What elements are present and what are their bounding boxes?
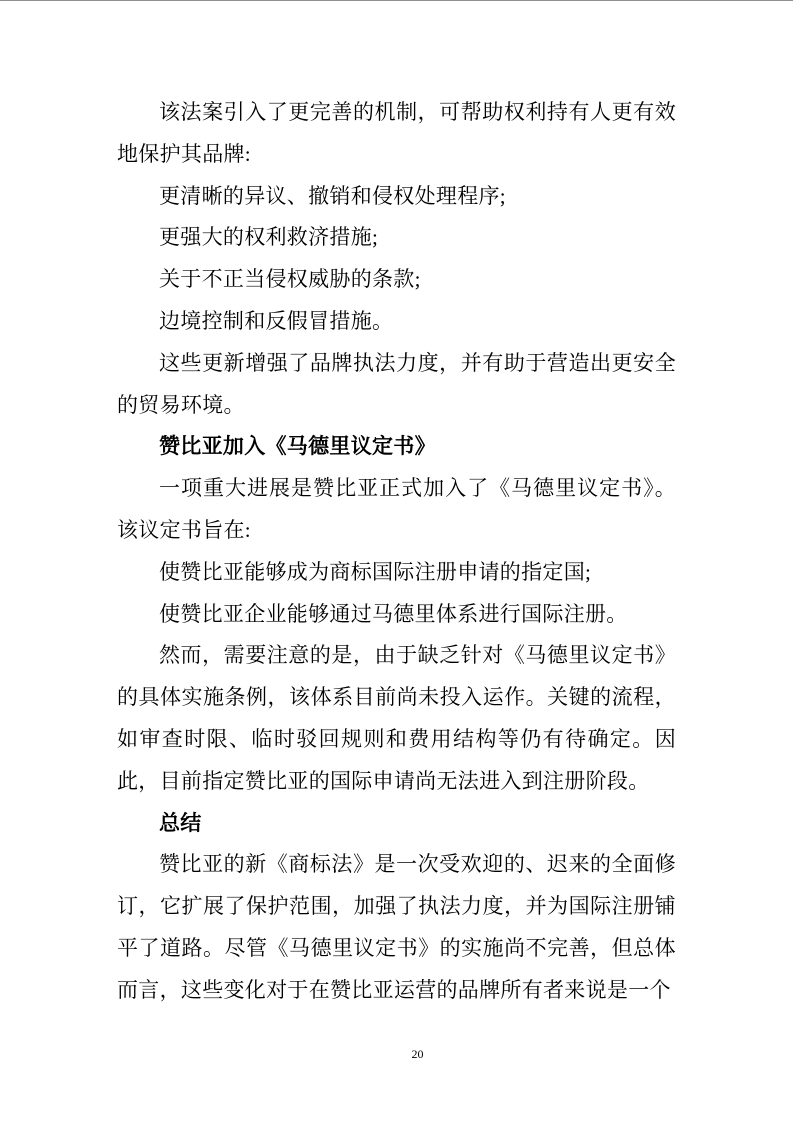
- body-paragraph: 使赞比亚企业能够通过马德里体系进行国际注册。: [117, 594, 676, 636]
- body-paragraph: 这些更新增强了品牌执法力度，并有助于营造出更安全的贸易环境。: [117, 343, 676, 427]
- body-paragraph: 一项重大进展是赞比亚正式加入了《马德里议定书》。该议定书旨在:: [117, 468, 676, 552]
- body-paragraph: 边境控制和反假冒措施。: [117, 301, 676, 343]
- page-number: 20: [412, 1045, 424, 1063]
- page-footer: 20: [0, 1045, 793, 1063]
- body-paragraph: 该法案引入了更完善的机制，可帮助权利持有人更有效地保护其品牌:: [117, 92, 676, 176]
- document-body: 该法案引入了更完善的机制，可帮助权利持有人更有效地保护其品牌:更清晰的异议、撤销…: [117, 92, 676, 1012]
- body-paragraph: 更清晰的异议、撤销和侵权处理程序;: [117, 176, 676, 218]
- section-heading: 总结: [117, 803, 676, 845]
- body-paragraph: 更强大的权利救济措施;: [117, 217, 676, 259]
- body-paragraph: 使赞比亚能够成为商标国际注册申请的指定国;: [117, 552, 676, 594]
- body-paragraph: 关于不正当侵权威胁的条款;: [117, 259, 676, 301]
- body-paragraph: 赞比亚的新《商标法》是一次受欢迎的、迟来的全面修订，它扩展了保护范围，加强了执法…: [117, 844, 676, 1011]
- document-page: 该法案引入了更完善的机制，可帮助权利持有人更有效地保护其品牌:更清晰的异议、撤销…: [0, 0, 793, 1122]
- section-heading: 赞比亚加入《马德里议定书》: [117, 426, 676, 468]
- body-paragraph: 然而，需要注意的是，由于缺乏针对《马德里议定书》的具体实施条例，该体系目前尚未投…: [117, 635, 676, 802]
